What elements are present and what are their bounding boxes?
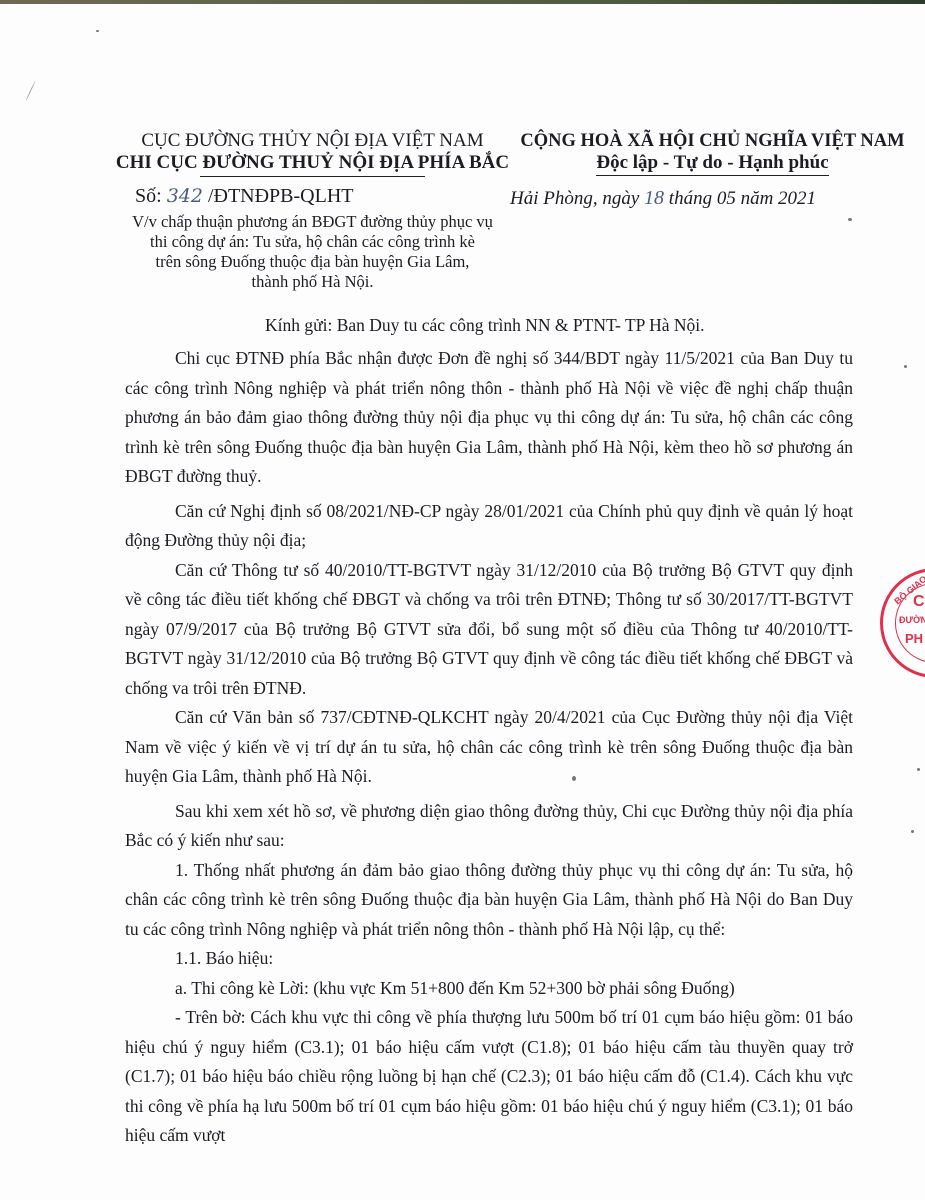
national-header: CỘNG HOÀ XÃ HỘI CHỦ NGHĨA VIỆT NAM Độc l… bbox=[505, 130, 920, 176]
body-paragraph: Căn cứ Thông tư số 40/2010/TT-BGTVT ngày… bbox=[125, 556, 853, 704]
doc-number-suffix: /ĐTNĐPB-QLHT bbox=[208, 185, 354, 207]
date-day-handwritten: 18 bbox=[644, 187, 664, 209]
national-motto: Độc lập - Tự do - Hạnh phúc bbox=[596, 152, 828, 176]
scan-speck bbox=[917, 768, 920, 771]
scan-speck bbox=[911, 830, 914, 833]
scan-speck bbox=[904, 365, 907, 368]
doc-number-label: Số: bbox=[135, 185, 162, 207]
nation-name: CỘNG HOÀ XÃ HỘI CHỦ NGHĨA VIỆT NAM bbox=[505, 130, 920, 152]
date-prefix: Hải Phòng, ngày bbox=[510, 188, 644, 209]
body-paragraph: Chi cục ĐTNĐ phía Bắc nhận được Đơn đề n… bbox=[125, 344, 853, 492]
header-divider bbox=[200, 176, 425, 177]
body-paragraph: a. Thi công kè Lời: (khu vực Km 51+800 đ… bbox=[125, 974, 853, 1004]
subject-line: trên sông Đuống thuộc địa bàn huyện Gia … bbox=[100, 252, 525, 272]
body-paragraph: Căn cứ Văn bản số 737/CĐTNĐ-QLKCHT ngày … bbox=[125, 703, 853, 792]
document-date: Hải Phòng, ngày 18 tháng 05 năm 2021 bbox=[510, 187, 816, 210]
letter-body: Chi cục ĐTNĐ phía Bắc nhận được Đơn đề n… bbox=[125, 344, 853, 1151]
agency-name: CỤC ĐƯỜNG THỦY NỘI ĐỊA VIỆT NAM bbox=[100, 130, 525, 152]
subject-line: thành phố Hà Nội. bbox=[100, 272, 525, 292]
stamp-inner-line: ĐƯỜN bbox=[899, 615, 925, 625]
scan-speck bbox=[572, 776, 576, 781]
subject-block: V/v chấp thuận phương án BĐGT đường thủy… bbox=[100, 212, 525, 292]
stamp-inner-line: PH bbox=[905, 631, 923, 646]
subject-line: V/v chấp thuận phương án BĐGT đường thủy… bbox=[100, 212, 525, 232]
issuer-header: CỤC ĐƯỜNG THỦY NỘI ĐỊA VIỆT NAM CHI CỤC … bbox=[100, 130, 525, 177]
body-paragraph: 1. Thống nhất phương án đảm bảo giao thô… bbox=[125, 856, 853, 945]
sub-agency-name: CHI CỤC ĐƯỜNG THUỶ NỘI ĐỊA PHÍA BẮC bbox=[100, 152, 525, 174]
body-paragraph: Sau khi xem xét hồ sơ, về phương diện gi… bbox=[125, 797, 853, 856]
body-paragraph: - Trên bờ: Cách khu vực thi công về phía… bbox=[125, 1003, 853, 1151]
stamp-inner-line: C bbox=[913, 593, 925, 611]
document-number: Số: 342 /ĐTNĐPB-QLHT bbox=[135, 185, 354, 208]
body-paragraph: 1.1. Báo hiệu: bbox=[125, 944, 853, 974]
recipient-line: Kính gửi: Ban Duy tu các công trình NN &… bbox=[265, 315, 705, 336]
doc-number-handwritten: 342 bbox=[167, 185, 203, 207]
scan-speck bbox=[96, 30, 99, 32]
subject-line: thi công dự án: Tu sửa, hộ chân các công… bbox=[100, 232, 525, 252]
body-paragraph: Căn cứ Nghị định số 08/2021/NĐ-CP ngày 2… bbox=[125, 497, 853, 556]
date-suffix: tháng 05 năm 2021 bbox=[664, 188, 816, 209]
scan-speck bbox=[848, 218, 852, 221]
